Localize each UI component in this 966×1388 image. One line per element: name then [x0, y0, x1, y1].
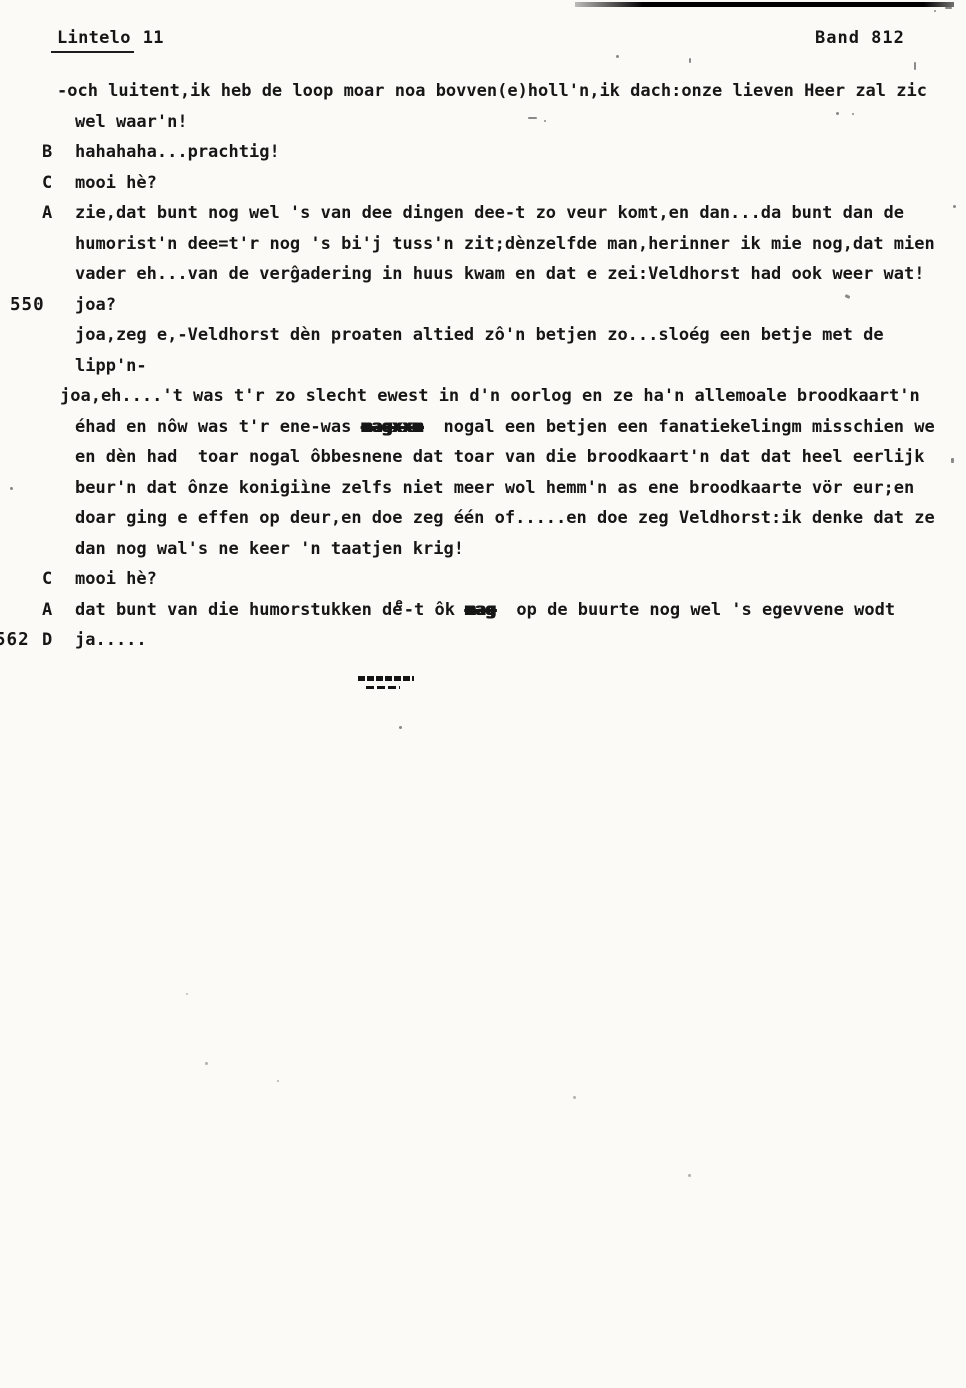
overtyped-superscript: e	[395, 596, 402, 610]
text-segment: joa,eh....'t was t'r zo slecht ewest in …	[60, 386, 920, 406]
transcript-line: dan nog wal's ne keer 'n taatjen krig!	[0, 534, 966, 565]
document-title: Lintelo11	[57, 28, 164, 48]
line-text: mooi hè?	[75, 564, 966, 595]
transcript-line: -och luitent,ik heb de loop moar noa bov…	[0, 76, 966, 107]
line-text: wel waar'n!	[75, 107, 966, 138]
line-text: éhad en nôw was t'r ene-was magxxm nogal…	[75, 412, 966, 443]
text-segment: doar ging e effen op deur,en doe zeg één…	[75, 508, 935, 528]
text-segment: vader eh...van de verĝadering in huus kw…	[75, 264, 925, 284]
text-segment: joa,zeg e,-Veldhorst dèn proaten altied …	[75, 325, 884, 345]
scan-speck	[399, 726, 402, 729]
transcript-line: 550joa?	[0, 290, 966, 321]
speaker-label: B	[42, 137, 52, 168]
line-number: 562	[0, 625, 30, 656]
transcript-line: joa,zeg e,-Veldhorst dèn proaten altied …	[0, 320, 966, 351]
text-segment: dan nog wal's ne keer 'n taatjen krig!	[75, 539, 464, 559]
line-text: joa?	[75, 290, 966, 321]
line-text: -och luitent,ik heb de loop moar noa bov…	[57, 76, 966, 107]
line-text: dat bunt van die humorstukken dee-t ôk m…	[75, 595, 966, 627]
speaker-label: D	[42, 625, 52, 656]
scan-speck	[205, 1062, 208, 1065]
scan-speck	[277, 1080, 279, 1082]
struck-out-word: magxxm	[362, 417, 423, 437]
scan-speck	[914, 62, 916, 70]
text-segment: mooi hè?	[75, 173, 157, 193]
text-segment: joa?	[75, 295, 116, 315]
text-segment: zie,dat bunt nog wel 's van dee dingen d…	[75, 203, 904, 223]
line-text: joa,eh....'t was t'r zo slecht ewest in …	[60, 381, 966, 412]
scan-speck	[852, 113, 854, 115]
line-text: mooi hè?	[75, 168, 966, 199]
line-text: en dèn had toar nogal ôbbesnene dat toar…	[75, 442, 966, 473]
text-segment: -t ôk	[404, 600, 465, 620]
text-segment: ja.....	[75, 630, 147, 650]
document-title-text: Lintelo	[51, 28, 134, 53]
scan-speck	[528, 117, 537, 119]
speaker-label: C	[42, 168, 52, 199]
struck-out-word: mag	[465, 600, 496, 620]
band-number: Band 812	[815, 28, 905, 48]
line-text: ja.....	[75, 625, 966, 656]
scan-speck	[544, 120, 546, 122]
scan-speck	[186, 993, 188, 995]
speaker-label: A	[42, 595, 52, 626]
line-text: zie,dat bunt nog wel 's van dee dingen d…	[75, 198, 966, 229]
typed-separator	[358, 676, 414, 689]
transcript-line: vader eh...van de verĝadering in huus kw…	[0, 259, 966, 290]
typed-separator-sub	[366, 686, 400, 689]
text-segment: hahahaha...prachtig!	[75, 142, 280, 162]
text-segment: lipp'n-	[75, 356, 147, 376]
transcript-line: Cmooi hè?	[0, 168, 966, 199]
line-number: 550	[10, 290, 45, 321]
text-segment: humorist'n dee=t'r nog 's bi'j tuss'n zi…	[75, 234, 935, 254]
speaker-label: A	[42, 198, 52, 229]
speaker-label: C	[42, 564, 52, 595]
transcript-line: lipp'n-	[0, 351, 966, 382]
text-segment: nogal een betjen een fanatiekelingm miss…	[423, 417, 935, 437]
transcript-line: Adat bunt van die humorstukken dee-t ôk …	[0, 595, 966, 626]
transcript-line: en dèn had toar nogal ôbbesnene dat toar…	[0, 442, 966, 473]
transcript-line: éhad en nôw was t'r ene-was magxxm nogal…	[0, 412, 966, 443]
document-title-number: 11	[143, 28, 164, 48]
scan-speck	[945, 7, 952, 9]
scan-edge-bar	[575, 2, 954, 7]
text-segment: -och luitent,ik heb de loop moar noa bov…	[57, 81, 927, 101]
transcript-line: 562Dja.....	[0, 625, 966, 656]
text-segment: mooi hè?	[75, 569, 157, 589]
text-segment: en dèn had toar nogal ôbbesnene dat toar…	[75, 447, 925, 467]
transcript-line: Cmooi hè?	[0, 564, 966, 595]
scan-speck	[953, 205, 956, 208]
scan-speck	[688, 1174, 691, 1177]
transcript-line: joa,eh....'t was t'r zo slecht ewest in …	[0, 381, 966, 412]
line-text: lipp'n-	[75, 351, 966, 382]
line-text: beur'n dat ônze konigiìne zelfs niet mee…	[75, 473, 966, 504]
line-text: hahahaha...prachtig!	[75, 137, 966, 168]
line-text: vader eh...van de verĝadering in huus kw…	[75, 259, 966, 290]
text-segment: beur'n dat ônze konigiìne zelfs niet mee…	[75, 478, 914, 498]
transcript-line: Azie,dat bunt nog wel 's van dee dingen …	[0, 198, 966, 229]
text-segment: éhad en nôw was t'r ene-was	[75, 417, 362, 437]
text-segment: dat bunt van die humorstukken de	[75, 600, 403, 620]
text-segment: op de buurte nog wel 's egevvene wodt	[496, 600, 895, 620]
transcript-line: doar ging e effen op deur,en doe zeg één…	[0, 503, 966, 534]
line-text: dan nog wal's ne keer 'n taatjen krig!	[75, 534, 966, 565]
scan-speck	[836, 112, 839, 115]
transcript-line: Bhahahaha...prachtig!	[0, 137, 966, 168]
transcript-line: wel waar'n!	[0, 107, 966, 138]
scan-speck	[573, 1096, 576, 1099]
line-text: humorist'n dee=t'r nog 's bi'j tuss'n zi…	[75, 229, 966, 260]
scanned-document-page: Lintelo11 Band 812 -och luitent,ik heb d…	[0, 0, 966, 1388]
scan-speck	[689, 58, 691, 63]
scan-speck	[616, 55, 619, 58]
line-text: doar ging e effen op deur,en doe zeg één…	[75, 503, 966, 534]
scan-speck	[934, 10, 936, 12]
scan-speck	[951, 458, 954, 463]
transcript-line: humorist'n dee=t'r nog 's bi'j tuss'n zi…	[0, 229, 966, 260]
line-text: joa,zeg e,-Veldhorst dèn proaten altied …	[75, 320, 966, 351]
scan-speck	[10, 487, 13, 490]
transcript: -och luitent,ik heb de loop moar noa bov…	[0, 76, 966, 656]
text-segment: wel waar'n!	[75, 112, 188, 132]
typed-separator-main	[358, 676, 414, 681]
transcript-line: beur'n dat ônze konigiìne zelfs niet mee…	[0, 473, 966, 504]
